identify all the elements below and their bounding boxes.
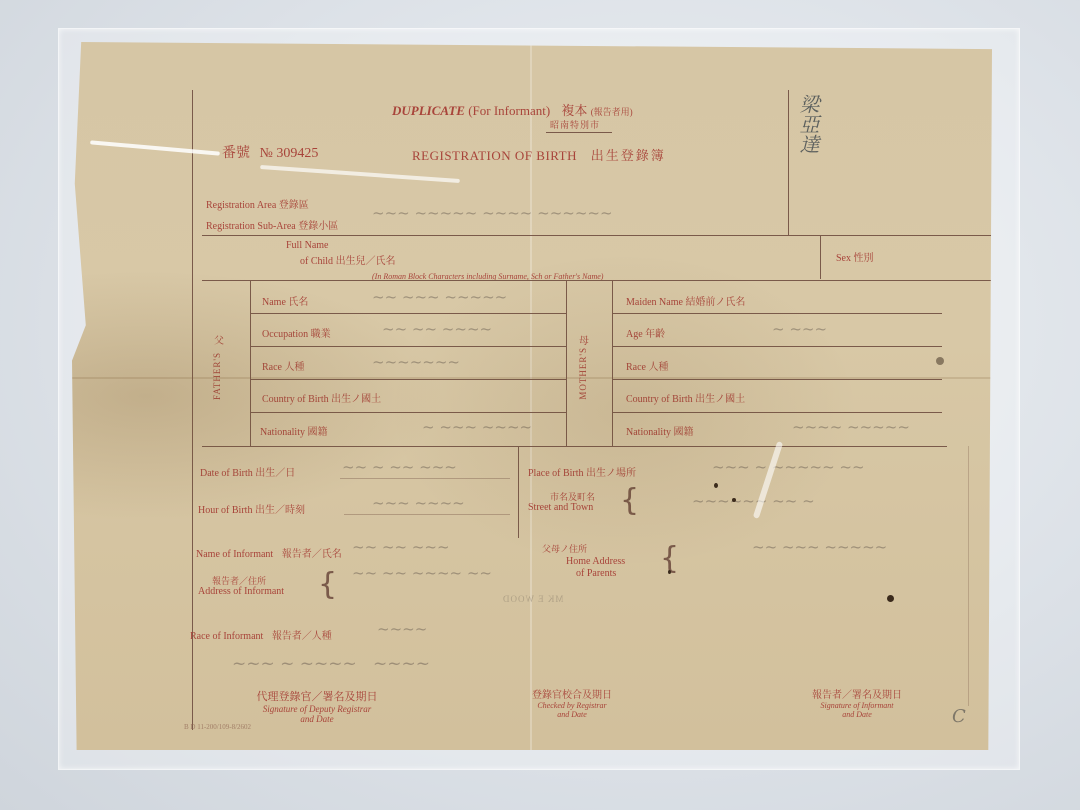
informant-signature-block: 報告者／署名及期日 Signature of Informant and Dat… [792,686,922,719]
ink-spot [936,357,944,365]
row-line [612,313,942,314]
father-occupation-field: Occupation 職業 [262,325,331,340]
name-of-informant-text: Name of Informant [196,549,273,560]
field-label: Nationality [626,427,671,438]
of-child-text: of Child [300,256,333,267]
handwritten-father-nationality: ~ ~~~ ~~~~ [422,418,532,436]
handwritten-home-address: ~~ ~~~ ~~~~~ [752,538,887,556]
field-label: Country of Birth [262,394,329,405]
divider-line [202,446,947,447]
father-name-field: Name 氏名 [262,293,308,308]
sex-divider [820,235,821,279]
signature-label: Checked by Registrar [512,701,632,710]
street-town-label: Street and Town [528,502,593,513]
right-margin-line [968,446,969,706]
birth-section-divider [518,446,519,538]
city-name-cjk: 昭南特別市 [550,118,600,131]
signature-cjk: 代理登錄官／署名及期日 [202,688,432,704]
ink-spot [887,595,894,602]
mother-cjk-label: 母 [579,332,589,347]
name-of-informant-cjk: 報告者／氏名 [282,549,342,560]
field-label: Age [626,329,643,340]
field-cjk: 氏名 [288,297,308,308]
street-brace: { [620,486,639,516]
handwritten-name: 梁亞達 [794,94,823,154]
mother-section-divider [612,280,613,446]
field-cjk: 出生ノ國土 [331,394,381,405]
handwritten-mother-age: ~ ~~~ [772,320,827,338]
mother-nationality-field: Nationality 國籍 [626,423,694,438]
of-child-label: of Child 出生兒／氏名 [300,252,396,267]
for-informant-label: (For Informant) [468,103,550,118]
sex-cjk: 性別 [854,253,874,264]
field-label: Name [262,297,286,308]
place-of-birth-label: Place of Birth 出生ノ場所 [528,464,636,479]
field-label: Maiden Name [626,297,683,308]
registration-subarea-cjk: 登錄小區 [298,221,338,232]
date-of-birth-label: Date of Birth 出生／日 [200,464,295,479]
divider-line [202,235,992,236]
number-label-cjk: 番號 [222,146,250,161]
duplicate-label: DUPLICATE [392,103,465,118]
hour-of-birth-underline [344,514,510,515]
row-line [612,346,942,347]
registrar-check-block: 登錄官校合及期日 Checked by Registrar and Date [512,686,632,719]
field-label: Nationality [260,427,305,438]
handwritten-deputy-signature: ~~~ ~ ~~~~ ~~~~ [232,654,430,674]
father-race-field: Race 人種 [262,358,305,373]
duplicate-heading: DUPLICATE (For Informant) 複本 (報告者用) [392,100,633,119]
registration-subarea-label: Registration Sub-Area 登錄小區 [206,217,338,232]
mother-age-field: Age 年齡 [626,325,665,340]
father-section-label: FATHER'S [212,352,222,400]
parents-center-divider [566,280,567,446]
mother-maiden-name-field: Maiden Name 結婚前ノ氏名 [626,293,745,308]
ink-spot [668,570,671,574]
field-label: Country of Birth [626,394,693,405]
of-child-cjk: 出生兒／氏名 [336,256,396,267]
hour-of-birth-label: Hour of Birth 出生／時刻 [198,501,305,516]
registration-subarea-text: Registration Sub-Area [206,221,296,232]
row-line [250,313,566,314]
registration-area-cjk: 登錄區 [279,200,309,211]
date-of-birth-underline [340,478,510,479]
field-cjk: 國籍 [674,427,694,438]
form-title-text: REGISTRATION OF BIRTH [412,148,577,163]
registration-area-text: Registration Area [206,200,276,211]
field-cjk: 職業 [311,329,331,340]
field-label: Occupation [262,329,308,340]
signature-cjk: 報告者／署名及期日 [792,686,922,701]
field-cjk: 國籍 [308,427,328,438]
race-of-informant-label: Race of Informant 報告者／人種 [190,627,332,642]
row-line [612,412,942,413]
sex-text: Sex [836,253,851,264]
ink-spot [732,498,736,502]
handwritten-informant-address: ~~ ~~ ~~~~ ~~ [352,564,492,582]
mother-section-label: MOTHER'S [578,347,588,400]
field-cjk: 出生ノ國土 [695,394,745,405]
hour-of-birth-cjk: 出生／時刻 [255,505,305,516]
bleed-through-text: MK E WOOD [502,594,563,604]
home-address-label: Home Address [566,556,625,567]
father-section-divider [250,280,251,446]
field-cjk: 年齡 [645,329,665,340]
mother-country-field: Country of Birth 出生ノ國土 [626,390,745,405]
city-underline [546,132,612,133]
signature-label-date: and Date [792,710,922,719]
sex-label: Sex 性別 [836,249,874,264]
handwritten-father-race: ~~~~~~~ [372,353,460,371]
address-of-informant-label: Address of Informant [198,586,284,597]
name-of-informant-label: Name of Informant 報告者／氏名 [196,545,342,560]
birth-certificate-document: DUPLICATE (For Informant) 複本 (報告者用) 昭南特別… [72,42,992,750]
duplicate-cjk: 複本 [561,103,587,118]
place-of-birth-text: Place of Birth [528,468,584,479]
full-name-label: Full Name [286,240,329,251]
date-of-birth-text: Date of Birth [200,468,253,479]
row-line [250,346,566,347]
home-address-cjk: 父母ノ住所 [542,542,587,555]
field-cjk: 人種 [649,362,669,373]
divider-line [202,280,992,281]
hour-of-birth-text: Hour of Birth [198,505,252,516]
father-cjk-label: 父 [214,332,224,347]
address-brace: { [318,570,337,600]
signature-label: Signature of Deputy Registrar [202,704,432,714]
form-code: B D 11-200/109-8/2602 [184,723,251,731]
handwritten-father-name: ~~ ~~~ ~~~~~ [372,288,507,306]
signature-label-date: and Date [512,710,632,719]
field-label: Race [626,362,646,373]
place-of-birth-cjk: 出生ノ場所 [586,468,636,479]
date-of-birth-cjk: 出生／日 [255,468,295,479]
father-country-field: Country of Birth 出生ノ國土 [262,390,381,405]
ink-spot [714,483,718,488]
field-cjk: 結婚前ノ氏名 [685,297,745,308]
field-label: Race [262,362,282,373]
handwritten-father-occupation: ~~ ~~ ~~~~ [382,320,492,338]
form-title-cjk: 出生登錄簿 [591,148,666,163]
form-title: REGISTRATION OF BIRTH 出生登錄簿 [412,145,666,164]
header-right-line [788,90,789,235]
handwritten-mother-nationality: ~~~~ ~~~~~ [792,418,910,436]
row-line [250,379,566,380]
row-line [250,412,566,413]
father-nationality-field: Nationality 國籍 [260,423,328,438]
row-line [612,379,942,380]
signature-cjk: 登錄官校合及期日 [512,686,632,701]
handwritten-street-town: ~~~~~~ ~~ ~ [692,492,815,510]
field-cjk: 人種 [285,362,305,373]
handwritten-informant-name: ~~ ~~ ~~~ [352,538,450,556]
number-value: 309425 [276,146,318,161]
number-symbol: № [260,146,273,161]
pencil-mark: C [952,706,966,727]
of-parents-label: of Parents [576,568,616,579]
registration-area-label: Registration Area 登錄區 [206,196,309,211]
deputy-registrar-signature-block: 代理登錄官／署名及期日 Signature of Deputy Registra… [202,688,432,724]
race-of-informant-cjk: 報告者／人種 [272,631,332,642]
handwritten-date-of-birth: ~~ ~ ~~ ~~~ [342,458,457,476]
signature-label: Signature of Informant [792,701,922,710]
race-of-informant-text: Race of Informant [190,631,263,642]
handwritten-race-of-informant: ~~~~ [377,620,427,638]
handwritten-hour-of-birth: ~~~ ~~~~ [372,494,465,512]
mother-race-field: Race 人種 [626,358,669,373]
handwritten-place-of-birth: ~~~ ~ ~~~~~ ~~ [712,458,865,476]
informant-use-cjk: (報告者用) [591,107,633,117]
handwritten-registration-area: ~~~ ~~~~~ ~~~~ ~~~~~~ [372,204,613,222]
registration-number: 番號 № 309425 [222,142,318,162]
